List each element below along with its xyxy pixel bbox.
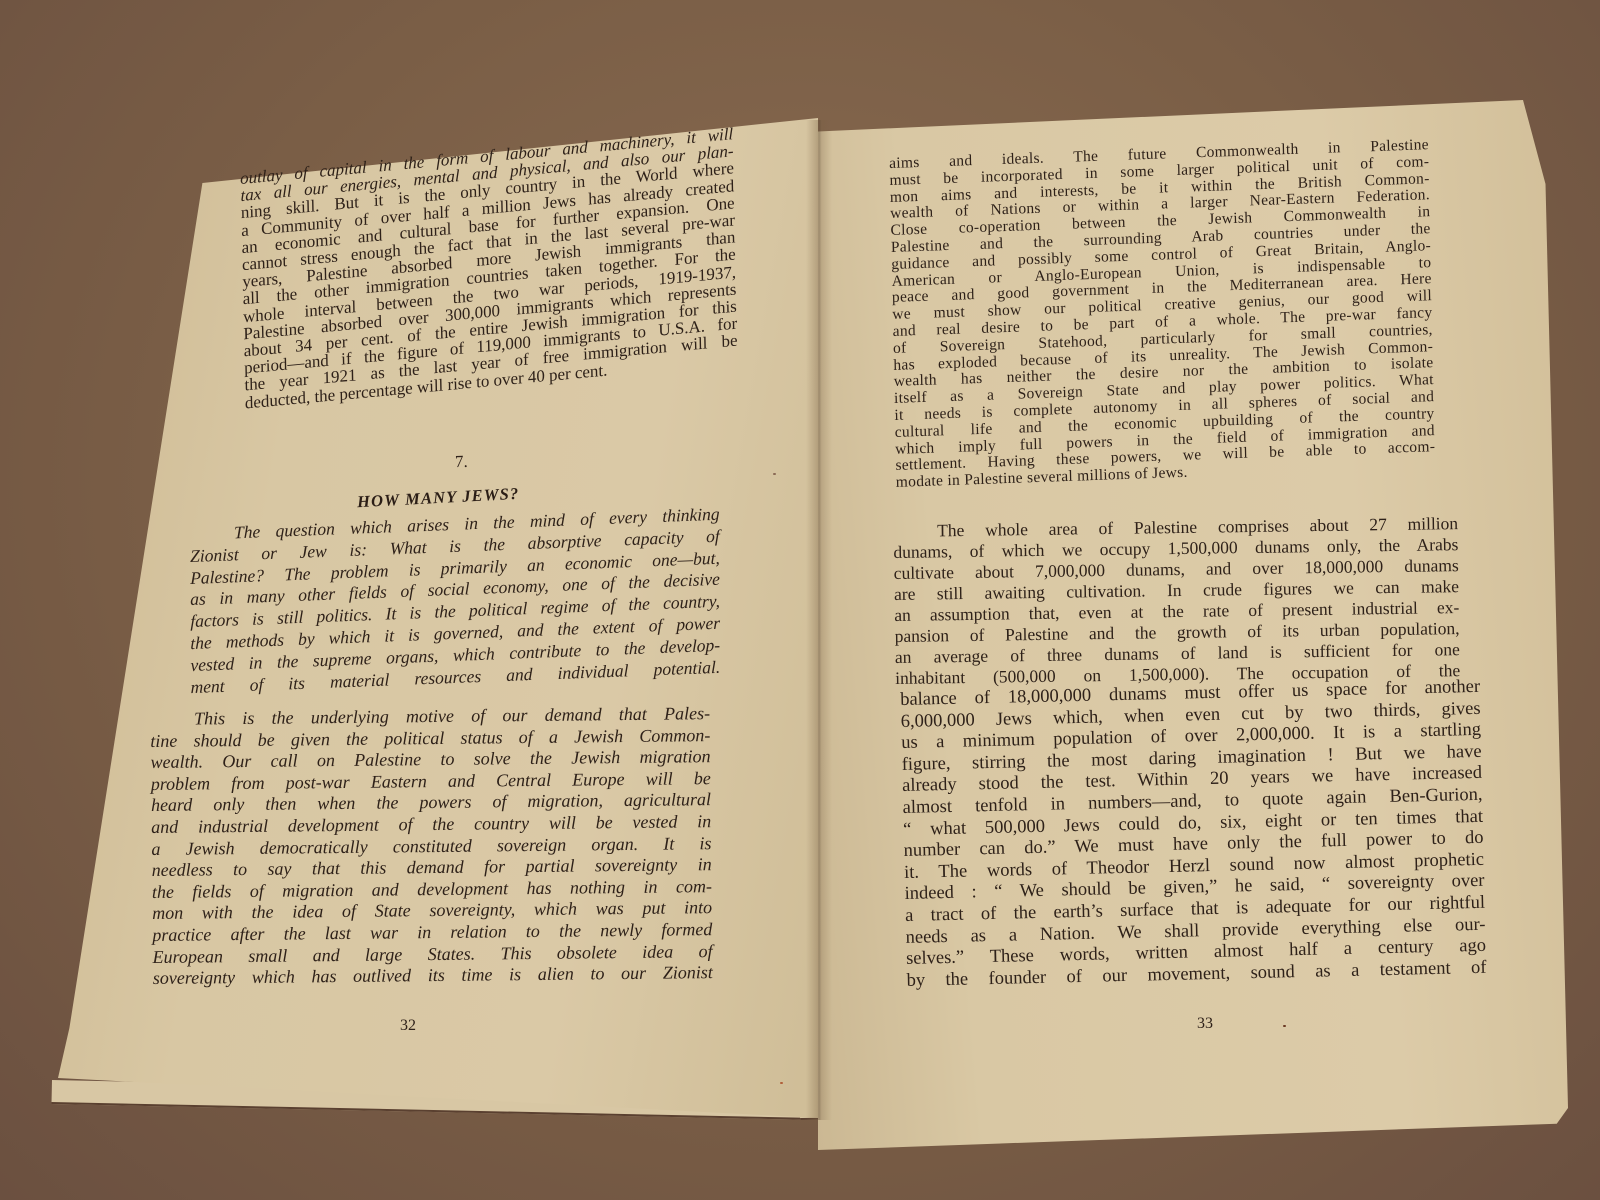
- left-page-continuation-paragraph: outlay of capital in the form of labour …: [240, 125, 738, 411]
- right-page-paragraph-1-continued: balance of 18,000,000 dunams must offer …: [900, 677, 1487, 992]
- paper-speck: [773, 473, 776, 475]
- section-number: 7.: [455, 452, 468, 472]
- left-page-paragraph-1: The question which arises in the mind of…: [190, 504, 720, 699]
- right-page-continuation-paragraph: aims and ideals. The future Commonwealth…: [889, 137, 1436, 492]
- photo-scene: outlay of capital in the form of labour …: [0, 0, 1600, 1200]
- page-number-left: 32: [400, 1017, 416, 1035]
- left-page-paragraph-2: This is the underlying motive of our dem…: [150, 703, 713, 990]
- page-number-right: 33: [1197, 1015, 1213, 1033]
- paper-speck: [1283, 1025, 1286, 1027]
- right-page-paragraph-1: The whole area of Palestine comprises ab…: [893, 513, 1460, 689]
- paper-speck: [780, 1082, 783, 1084]
